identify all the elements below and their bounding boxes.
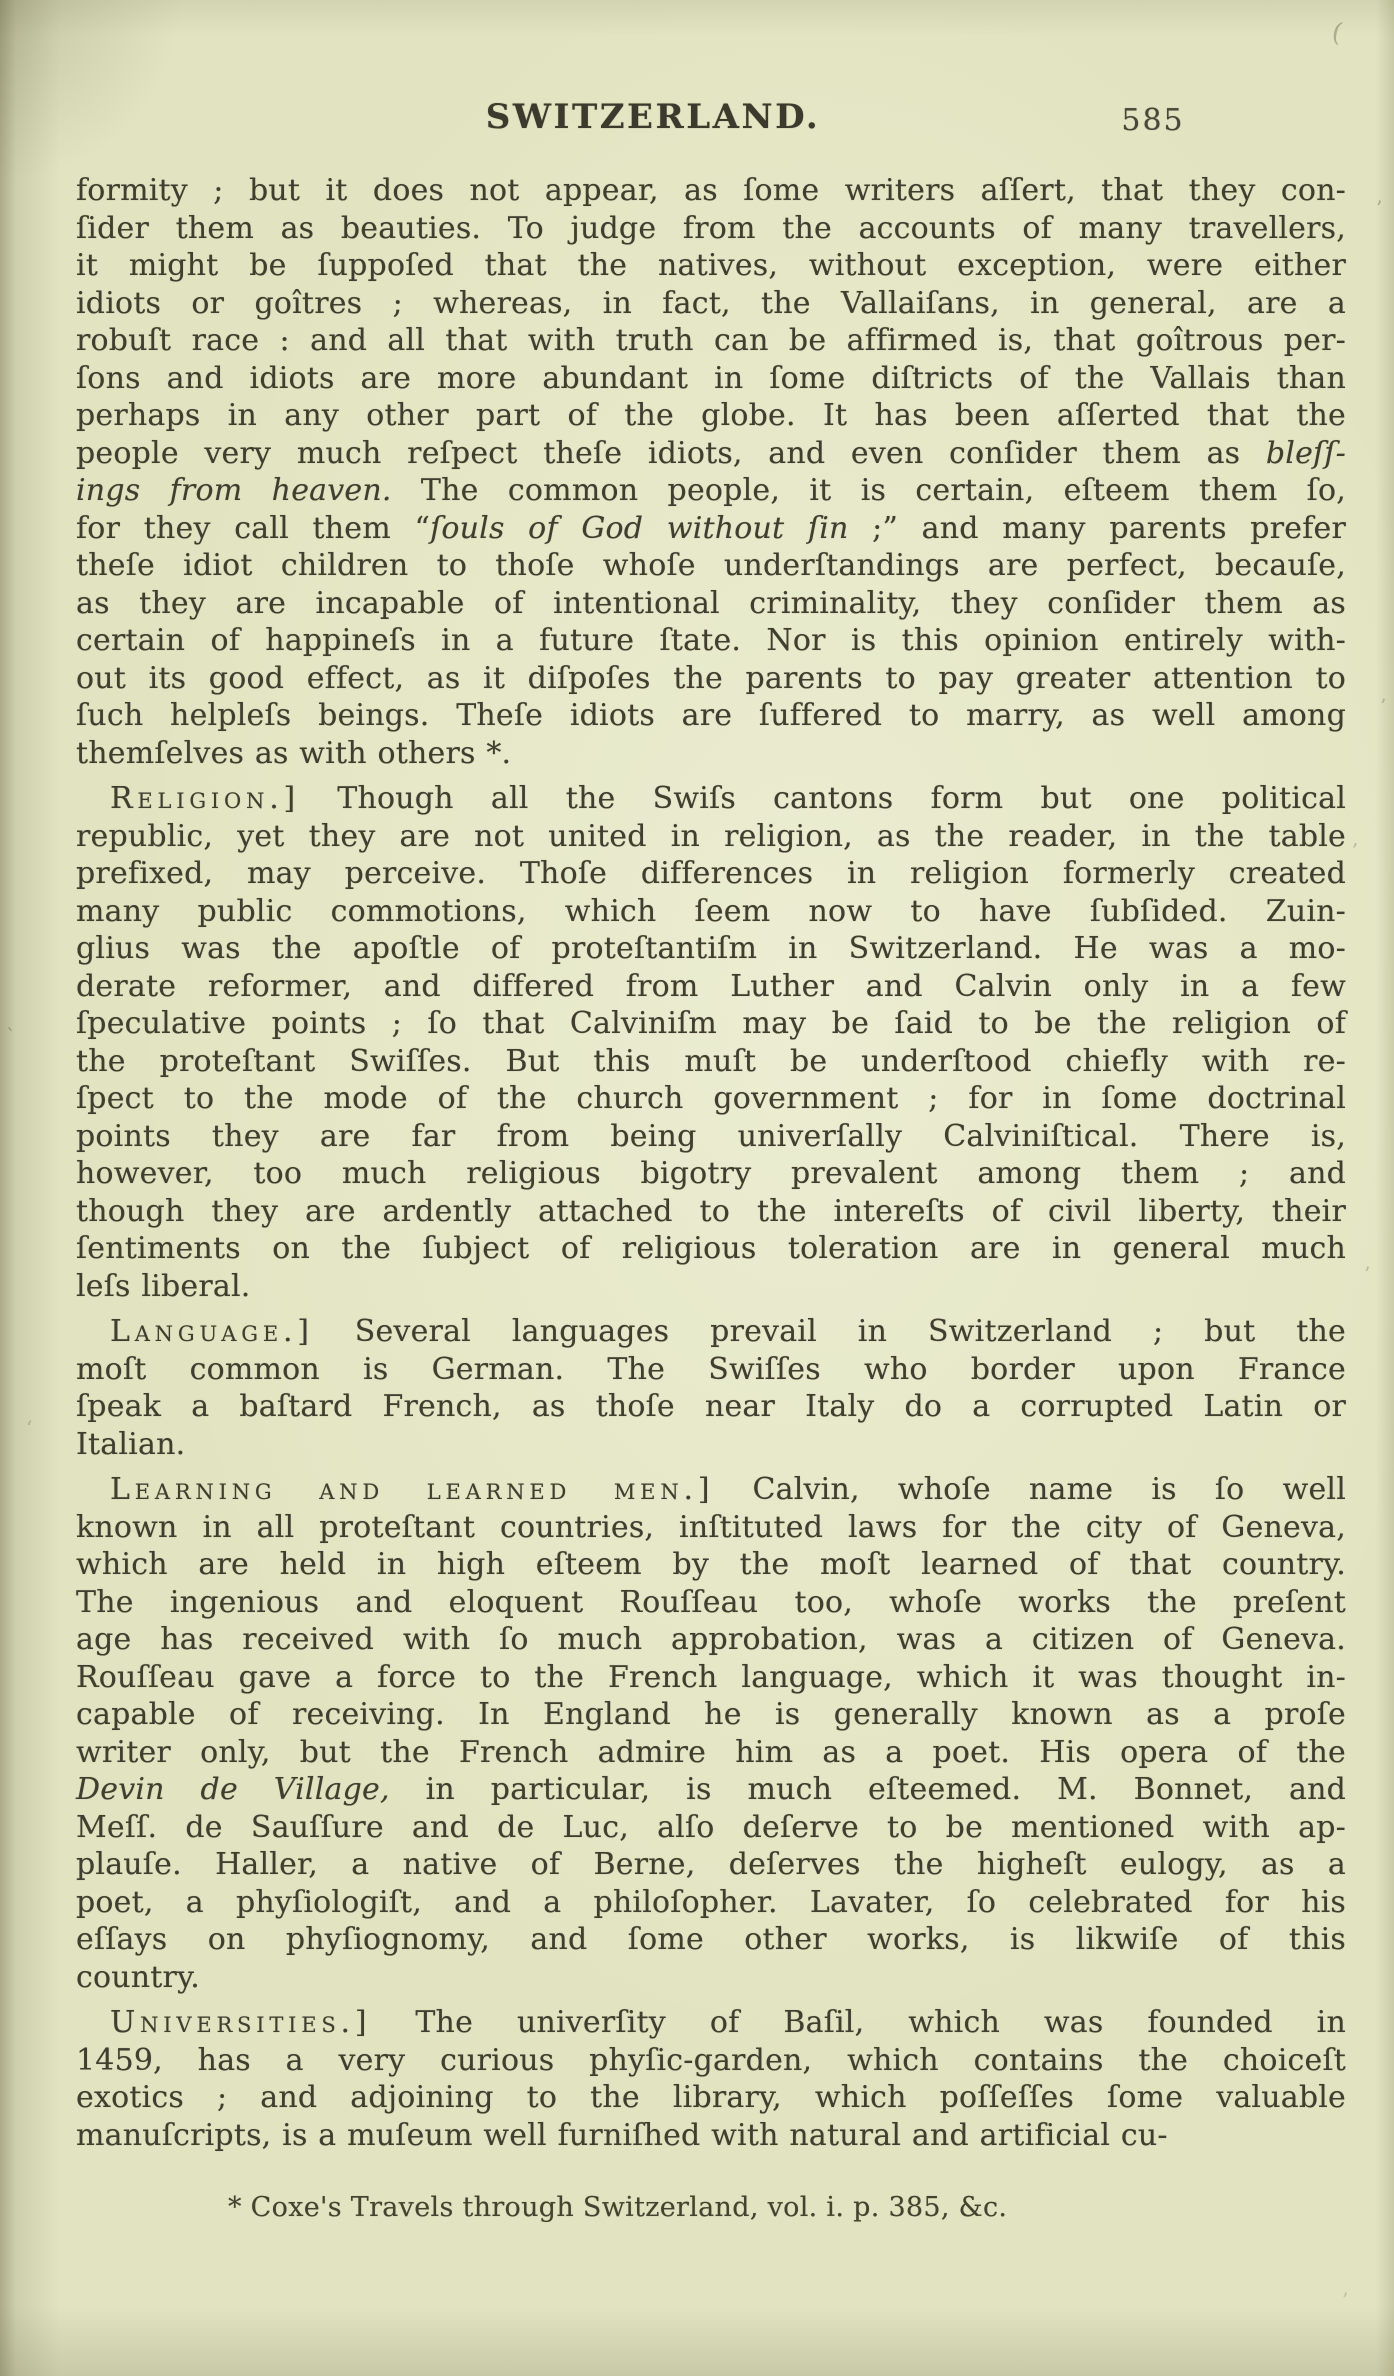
text-line: as they are incapable of intentional cri… [76,585,1346,623]
text-line: ſpeculative points ; ſo that Calviniſm m… [76,1005,1346,1043]
text-line: Universities.] The univerſity of Baſil, … [76,2004,1346,2042]
text-segment: ;” and many parents prefer [849,511,1346,546]
text-segment: poet, a phyſiologiſt, and a philoſopher.… [76,1885,1346,1920]
text-line: Rouſſeau gave a force to the French lang… [76,1659,1346,1697]
text-line: robuſt race : and all that with truth ca… [76,322,1346,360]
text-line: The ingenious and eloquent Rouſſeau too,… [76,1584,1346,1622]
text-segment: ſentiments on the ſubject of religious t… [76,1231,1346,1266]
text-segment: idiots or goîtres ; whereas, in fact, th… [76,286,1346,321]
text-segment: many public commotions, which ſeem now t… [76,894,1346,929]
text-segment: plauſe. Haller, a native of Berne, deſer… [76,1847,1346,1882]
text-segment: as they are incapable of intentional cri… [76,586,1346,621]
text-segment: it might be ſuppoſed that the natives, w… [76,248,1346,283]
text-line: however, too much religious bigotry prev… [76,1155,1346,1193]
text-line: ſuch helpleſs beings. Theſe idiots are ſ… [76,697,1346,735]
text-segment: ings from heaven. [76,473,392,508]
text-line: out its good effect, as it diſpoſes the … [76,660,1346,698]
text-segment: exotics ; and adjoining to the library, … [76,2080,1346,2115]
paragraph: Learning and learned men.] Calvin, whoſe… [76,1471,1346,1996]
text-line: many public commotions, which ſeem now t… [76,893,1346,931]
paragraph: Universities.] The univerſity of Baſil, … [76,2004,1346,2154]
text-block: formity ; but it does not appear, as ſom… [76,172,1346,2154]
text-line: Learning and learned men.] Calvin, whoſe… [76,1471,1346,1509]
text-line: idiots or goîtres ; whereas, in fact, th… [76,285,1346,323]
text-segment: Meſſ. de Sauſſure and de Luc, alſo deſer… [76,1810,1346,1845]
text-segment: The ingenious and eloquent Rouſſeau too,… [76,1585,1346,1620]
text-line: Devin de Village, in particular, is much… [76,1771,1346,1809]
text-segment: glius was the apoſtle of proteſtantiſm i… [76,931,1346,966]
text-segment: people very much reſpect theſe idiots, a… [76,436,1266,471]
section-heading: Religion.] [110,781,300,816]
section-heading: Universities.] [110,2005,371,2040]
text-segment: capable of receiving. In England he is g… [76,1697,1346,1732]
text-line: republic, yet they are not united in rel… [76,818,1346,856]
text-line: capable of receiving. In England he is g… [76,1696,1346,1734]
text-segment: manuſcripts, is a muſeum well furniſhed … [76,2118,1168,2153]
text-segment: ſouls of God without ſin [430,511,848,546]
text-line: exotics ; and adjoining to the library, … [76,2079,1346,2117]
text-line: Italian. [76,1426,1346,1464]
text-line: prefixed, may perceive. Thoſe difference… [76,855,1346,893]
text-segment: writer only, but the French admire him a… [76,1735,1346,1770]
text-segment: ſons and idiots are more abundant in ſom… [76,361,1346,396]
text-line: eſſays on phyſiognomy, and ſome other wo… [76,1921,1346,1959]
text-line: it might be ſuppoſed that the natives, w… [76,247,1346,285]
text-segment: country. [76,1960,200,1995]
text-segment: prefixed, may perceive. Thoſe difference… [76,856,1346,891]
text-segment: perhaps in any other part of the globe. … [76,398,1346,433]
text-line: 1459, has a very curious phyſic-garden, … [76,2042,1346,2080]
text-segment: moſt common is German. The Swiſſes who b… [76,1352,1346,1387]
text-line: ſons and idiots are more abundant in ſom… [76,360,1346,398]
text-line: people very much reſpect theſe idiots, a… [76,435,1346,473]
text-line: which are held in high eſteem by the moſ… [76,1546,1346,1584]
text-segment: Rouſſeau gave a force to the French lang… [76,1660,1346,1695]
text-segment: leſs liberal. [76,1269,251,1304]
text-segment: ſpect to the mode of the church governme… [76,1081,1346,1116]
text-segment: known in all proteſtant countries, inſti… [76,1510,1346,1545]
text-line: the proteſtant Swiſſes. But this muſt be… [76,1043,1346,1081]
text-segment: for they call them “ [76,511,430,546]
text-line: writer only, but the French admire him a… [76,1734,1346,1772]
text-segment: Calvin, whoſe name is ſo well [714,1472,1346,1507]
text-line: though they are ardently attached to the… [76,1193,1346,1231]
text-line: ſpect to the mode of the church governme… [76,1080,1346,1118]
text-segment: Though all the Swiſs cantons form but on… [300,781,1346,816]
text-segment: ſpeak a baſtard French, as thoſe near It… [76,1389,1346,1424]
text-segment: robuſt race : and all that with truth ca… [76,323,1346,358]
text-segment: ſuch helpleſs beings. Theſe idiots are ſ… [76,698,1346,733]
text-segment: republic, yet they are not united in rel… [76,819,1346,854]
text-line: ſentiments on the ſubject of religious t… [76,1230,1346,1268]
text-line: Religion.] Though all the Swiſs cantons … [76,780,1346,818]
text-segment: ſpeculative points ; ſo that Calviniſm m… [76,1006,1346,1041]
paragraph: Language.] Several languages prevail in … [76,1313,1346,1463]
text-segment: age has received with ſo much approbatio… [76,1622,1346,1657]
text-line: moſt common is German. The Swiſſes who b… [76,1351,1346,1389]
text-segment: points they are far from being univerſal… [76,1119,1346,1154]
paragraph: Religion.] Though all the Swiſs cantons … [76,780,1346,1305]
text-segment: though they are ardently attached to the… [76,1194,1346,1229]
text-segment: 1459, has a very curious phyſic-garden, … [76,2043,1346,2078]
text-line: theſe idiot children to thoſe whoſe unde… [76,547,1346,585]
text-segment: derate reformer, and differed from Luthe… [76,969,1346,1004]
text-line: ings from heaven. The common people, it … [76,472,1346,510]
section-heading: Learning and learned men.] [110,1472,714,1507]
page-number: 585 [1108,103,1198,138]
text-segment: in particular, is much eſteemed. M. Bonn… [390,1772,1346,1807]
text-line: formity ; but it does not appear, as ſom… [76,172,1346,210]
section-heading: Language.] [110,1314,314,1349]
text-line: themſelves as with others *. [76,735,1346,773]
text-line: poet, a phyſiologiſt, and a philoſopher.… [76,1884,1346,1922]
text-line: ſider them as beauties. To judge from th… [76,210,1346,248]
text-segment: Devin de Village, [76,1772,390,1807]
text-segment: out its good effect, as it diſpoſes the … [76,661,1346,696]
text-line: age has received with ſo much approbatio… [76,1621,1346,1659]
text-line: leſs liberal. [76,1268,1346,1306]
text-line: certain of happineſs in a future ſtate. … [76,622,1346,660]
text-line: Language.] Several languages prevail in … [76,1313,1346,1351]
text-segment: however, too much religious bigotry prev… [76,1156,1346,1191]
text-line: glius was the apoſtle of proteſtantiſm i… [76,930,1346,968]
text-segment: Several languages prevail in Switzerland… [314,1314,1346,1349]
text-line: points they are far from being univerſal… [76,1118,1346,1156]
text-segment: theſe idiot children to thoſe whoſe unde… [76,548,1346,583]
text-segment: ſider them as beauties. To judge from th… [76,211,1346,246]
text-segment: the proteſtant Swiſſes. But this muſt be… [76,1044,1346,1079]
text-line: for they call them “ſouls of God without… [76,510,1346,548]
footnote: * Coxe's Travels through Switzerland, vo… [76,2192,1346,2223]
text-segment: themſelves as with others *. [76,736,511,771]
text-line: derate reformer, and differed from Luthe… [76,968,1346,1006]
text-segment: bleſſ- [1266,436,1346,471]
text-segment: eſſays on phyſiognomy, and ſome other wo… [76,1922,1346,1957]
text-line: manuſcripts, is a muſeum well furniſhed … [76,2117,1346,2155]
text-line: country. [76,1959,1346,1997]
paragraph: formity ; but it does not appear, as ſom… [76,172,1346,772]
text-segment: Italian. [76,1427,185,1462]
text-line: plauſe. Haller, a native of Berne, deſer… [76,1846,1346,1884]
text-segment: formity ; but it does not appear, as ſom… [76,173,1346,208]
text-line: known in all proteſtant countries, inſti… [76,1509,1346,1547]
text-line: ſpeak a baſtard French, as thoſe near It… [76,1388,1346,1426]
text-line: perhaps in any other part of the globe. … [76,397,1346,435]
text-segment: The common people, it is certain, eſteem… [392,473,1346,508]
text-segment: certain of happineſs in a future ſtate. … [76,623,1346,658]
text-segment: The univerſity of Baſil, which was found… [371,2005,1346,2040]
text-line: Meſſ. de Sauſſure and de Luc, alſo deſer… [76,1809,1346,1847]
text-segment: which are held in high eſteem by the moſ… [76,1547,1346,1582]
